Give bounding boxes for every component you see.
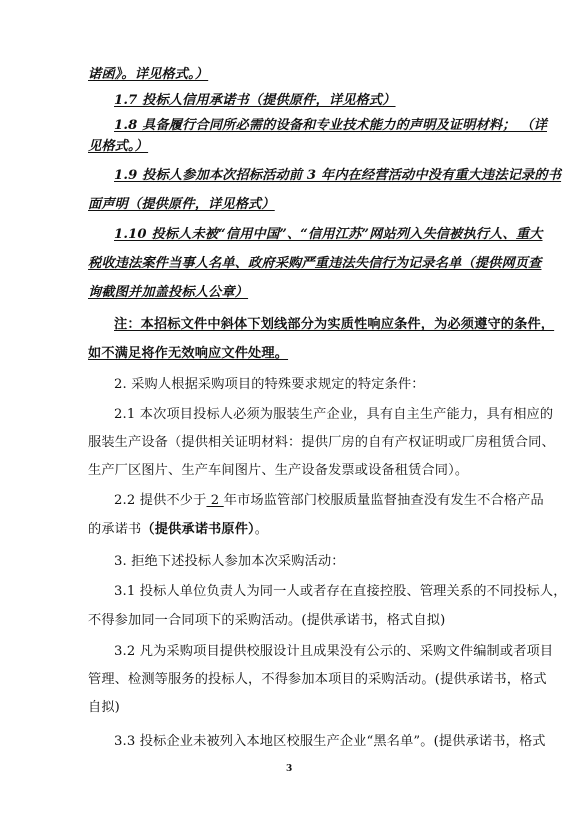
bold-span: （提供承诺书原件） bbox=[141, 522, 254, 537]
item-3-3: 3.3 投标企业未被列入本地区校服生产企业“黑名单”。(提供承诺书，格式 bbox=[114, 734, 546, 750]
paragraph-line: 服装生产设备（提供相关证明材料：提供厂房的自有产权证明或厂房租赁合同、 bbox=[88, 435, 555, 451]
item-2-2: 2.2 提供不少于 2 年市场监管部门校服质量监督抽查没有发生不合格产品 bbox=[114, 493, 544, 509]
note-line: 如不满足将作无效响应文件处理。 bbox=[88, 346, 288, 362]
paragraph-line: 面声明（提供原件，详见格式） bbox=[88, 197, 275, 213]
paragraph-line: 税收违法案件当事人名单、政府采购严重违法失信行为记录名单（提供网页查 bbox=[88, 256, 541, 272]
paragraph-line: 见格式。） bbox=[88, 139, 148, 155]
item-3-1: 3.1 投标人单位负责人为同一人或者存在直接控股、管理关系的不同投标人， bbox=[114, 584, 567, 600]
text-span: 年市场监管部门校服质量监督抽查没有发生不合格产品 bbox=[224, 493, 544, 508]
item-2-1: 2.1 本次项目投标人必须为服装生产企业，具有自主生产能力，具有相应的 bbox=[114, 407, 553, 423]
paragraph-line: 的承诺书（提供承诺书原件）。 bbox=[88, 522, 268, 538]
item-1-10: 1.10 投标人未被“信用中国”、“信用江苏”网站列入失信被执行人、重大 bbox=[114, 227, 543, 243]
paragraph-line: 管理、检测等服务的投标人，不得参加本项目的采购活动。(提供承诺书，格式 bbox=[88, 672, 547, 688]
text-span: 2.2 提供不少于 bbox=[114, 493, 206, 508]
section-3-heading: 3. 拒绝下述投标人参加本次采购活动： bbox=[114, 554, 345, 570]
text-span: 的承诺书 bbox=[88, 522, 141, 537]
paragraph-line: 不得参加同一合同项下的采购活动。(提供承诺书，格式自拟) bbox=[88, 613, 445, 629]
item-3-2: 3.2 凡为采购项目提供校服设计且成果没有公示的、采购文件编制或者项目 bbox=[114, 644, 553, 660]
section-2-heading: 2. 采购人根据采购项目的特殊要求规定的特定条件： bbox=[114, 377, 425, 393]
item-1-9: 1.9 投标人参加本次招标活动前 3 年内在经营活动中没有重大违法记录的书 bbox=[114, 168, 561, 184]
paragraph-line: 询截图并加盖投标人公章） bbox=[88, 285, 248, 301]
paragraph-line: 生产厂区图片、生产车间图片、生产设备发票或设备租赁合同）。 bbox=[88, 463, 468, 479]
page-number: 3 bbox=[286, 764, 292, 774]
item-1-8: 1.8 具备履行合同所必需的设备和专业技术能力的声明及证明材料； （详 bbox=[114, 118, 547, 134]
text-span: 。 bbox=[255, 522, 268, 537]
note-line: 注：本招标文件中斜体下划线部分为实质性响应条件，为必须遵守的条件， bbox=[114, 317, 554, 333]
item-1-7: 1.7 投标人信用承诺书（提供原件，详见格式） bbox=[114, 93, 396, 109]
paragraph-line: 自拟) bbox=[88, 700, 120, 716]
document-page: 诺函》。详见格式。） 1.7 投标人信用承诺书（提供原件，详见格式） 1.8 具… bbox=[0, 0, 582, 814]
paragraph-line: 诺函》。详见格式。） bbox=[88, 67, 208, 83]
years-value: 2 bbox=[206, 493, 223, 508]
